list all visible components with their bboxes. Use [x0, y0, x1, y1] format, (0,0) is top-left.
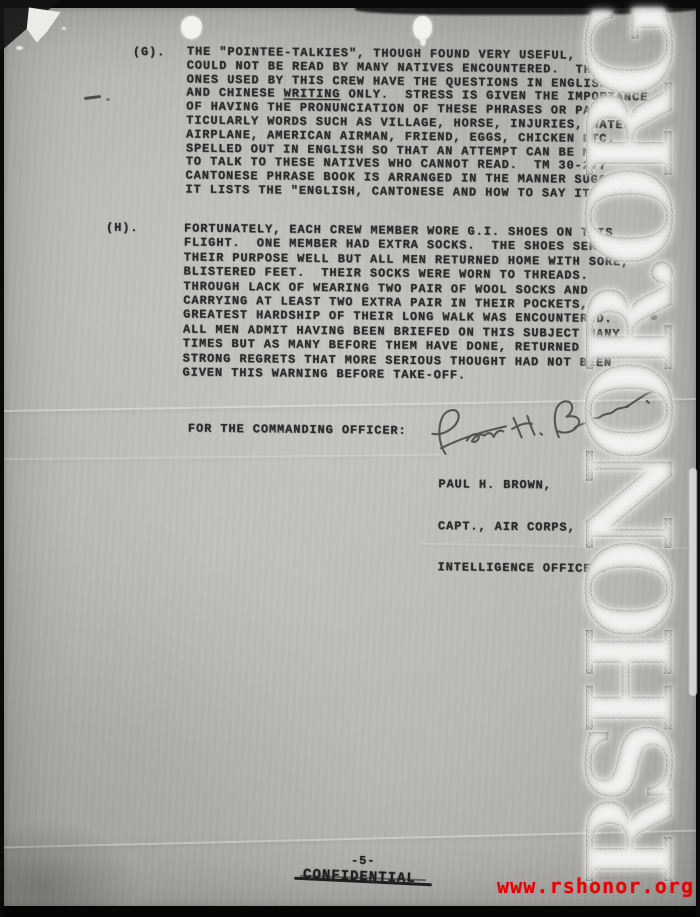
signature-block: PAUL H. BROWN, CAPT., AIR CORPS, INTELLI…: [437, 450, 609, 605]
website-url-text: www.rshonor.org: [497, 874, 694, 898]
officer-title: INTELLIGENCE OFFICER.: [437, 561, 607, 576]
underlined-word: WRITING: [284, 87, 341, 102]
paragraph-text: THE "POINTEE-TALKIES", THOUGH FOUND VERY…: [185, 46, 656, 203]
typed-line: IT LISTS THE "ENGLISH, CANTONESE AND HOW…: [185, 184, 655, 203]
officer-rank: CAPT., AIR CORPS,: [438, 520, 608, 535]
paragraph-label: (G).: [133, 45, 166, 59]
closing-salutation: FOR THE COMMANDING OFFICER:: [188, 422, 407, 438]
typed-content: (G). THE "POINTEE-TALKIES", THOUGH FOUND…: [0, 0, 700, 917]
paragraph-text: FORTUNATELY, EACH CREW MEMBER WORE G.I. …: [182, 222, 629, 385]
page-number: -5-: [351, 854, 375, 868]
paragraph-label: (H).: [106, 221, 139, 235]
officer-name: PAUL H. BROWN,: [438, 478, 608, 493]
scanned-document-page: (G). THE "POINTEE-TALKIES", THOUGH FOUND…: [0, 0, 700, 917]
signature-name-text: Paul H. Brown: [0, 0, 1, 1]
